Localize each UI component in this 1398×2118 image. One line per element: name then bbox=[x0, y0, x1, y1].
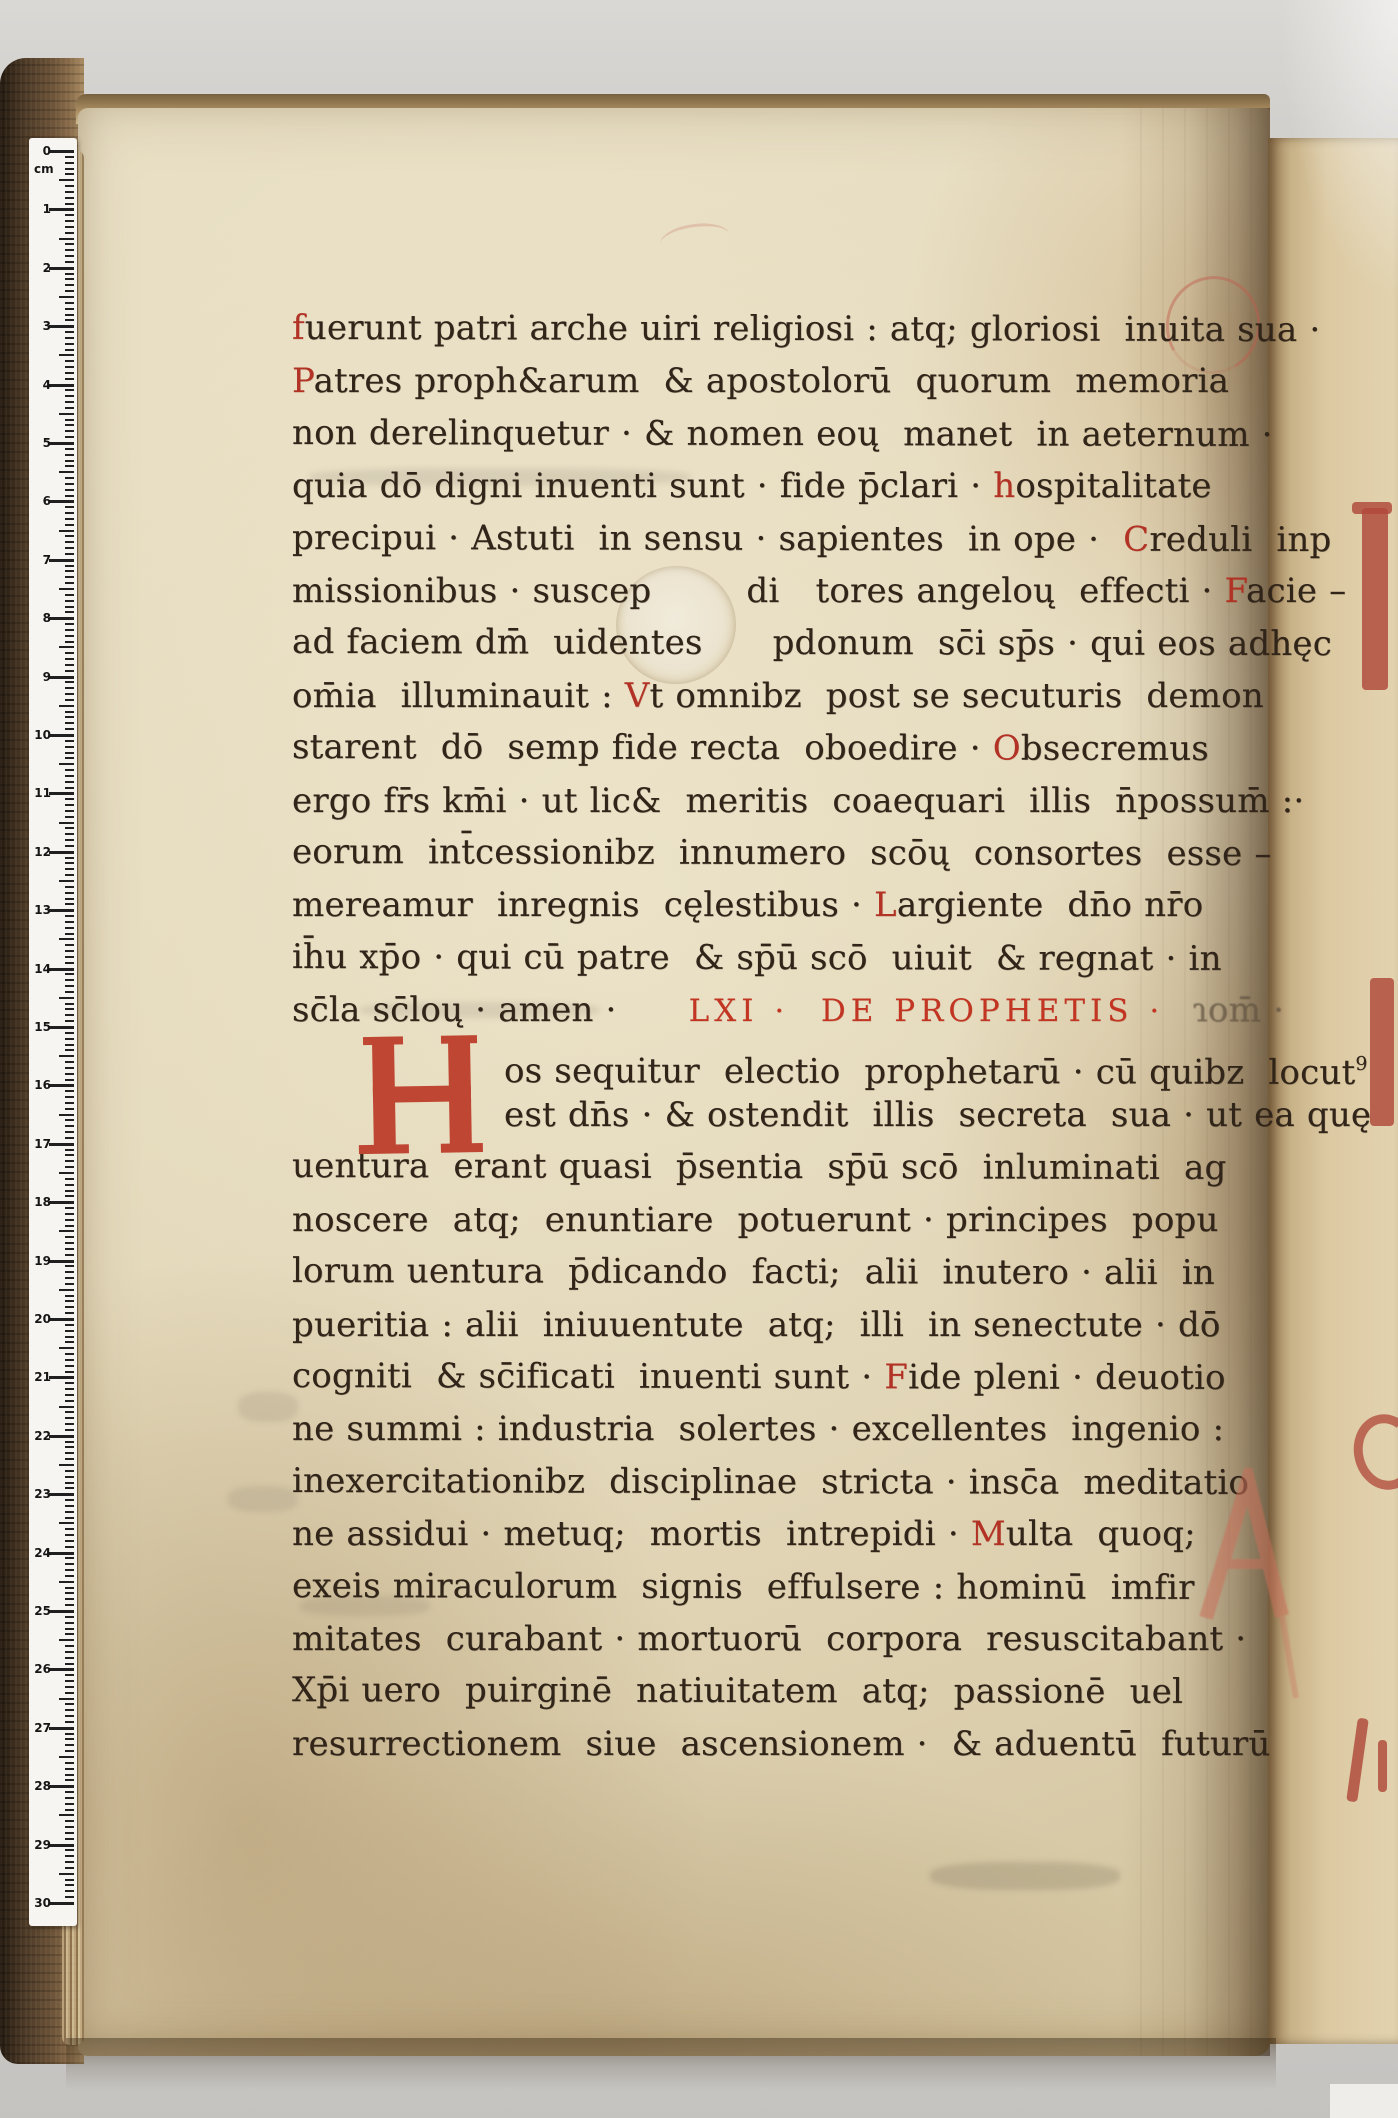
ruler-tick bbox=[65, 407, 74, 409]
ruler-tick bbox=[65, 518, 74, 520]
ruler-tick bbox=[65, 1505, 74, 1507]
text-line: uentura erant quasi p̄sentia sp̄ū scō in… bbox=[292, 1143, 1227, 1191]
ruler-number: 13 bbox=[31, 903, 51, 917]
ruler-tick bbox=[65, 541, 74, 543]
ruler-tick bbox=[49, 734, 74, 737]
text-line: ad faciem dm̄ uidentespdonum sc̄i sp̄s ·… bbox=[292, 619, 1332, 667]
ruler-tick bbox=[65, 658, 74, 660]
ruler-tick bbox=[65, 1137, 74, 1139]
ruler-tick bbox=[65, 495, 74, 497]
ruler-tick bbox=[49, 1493, 74, 1496]
ruler-tick bbox=[65, 1213, 74, 1215]
ruler-tick bbox=[65, 489, 74, 491]
ruler-tick bbox=[65, 1517, 74, 1519]
ruler-tick bbox=[65, 1733, 74, 1735]
ruler-number: 17 bbox=[31, 1137, 51, 1151]
ruler-tick bbox=[65, 1411, 74, 1413]
ruler-number: 0 bbox=[31, 144, 51, 158]
ruler-tick bbox=[65, 1534, 74, 1536]
ruler-tick bbox=[65, 436, 74, 438]
ruler-tick bbox=[49, 1610, 74, 1613]
text-segment: ne summi : industria solertes · excellen… bbox=[292, 1409, 1224, 1449]
backdrop-white-patch bbox=[1330, 2084, 1398, 2118]
ruler-tick bbox=[65, 1598, 74, 1600]
ruler-tick bbox=[65, 1090, 74, 1092]
ruler-tick bbox=[65, 424, 74, 426]
ruler-tick bbox=[65, 477, 74, 479]
ruler-tick bbox=[65, 1382, 74, 1384]
ruler-tick bbox=[59, 1055, 74, 1057]
ruler-tick bbox=[65, 711, 74, 713]
ruler-tick bbox=[65, 1511, 74, 1513]
ruler-tick bbox=[65, 1300, 74, 1302]
ruler-tick bbox=[65, 1166, 74, 1168]
ruler-tick bbox=[65, 203, 74, 205]
text-line: ne summi : industria solertes · excellen… bbox=[292, 1406, 1224, 1452]
ruler-tick bbox=[65, 1248, 74, 1250]
ruler-tick bbox=[65, 1779, 74, 1781]
ruler-tick bbox=[59, 1639, 74, 1641]
ruler-tick bbox=[65, 1190, 74, 1192]
ruler-tick bbox=[65, 1890, 74, 1892]
ruler-tick bbox=[65, 903, 74, 905]
ruler-tick bbox=[59, 1172, 74, 1174]
ruler-tick bbox=[65, 921, 74, 923]
ruler-tick bbox=[65, 927, 74, 929]
ruler-tick bbox=[65, 1049, 74, 1051]
rubricated-letter: V bbox=[625, 676, 650, 716]
ruler-tick bbox=[65, 1476, 74, 1478]
ruler-tick bbox=[49, 559, 74, 562]
ruler-number: 19 bbox=[31, 1254, 51, 1268]
ruler-tick bbox=[65, 448, 74, 450]
ruler-tick bbox=[65, 553, 74, 555]
ruler-tick bbox=[65, 1008, 74, 1010]
facing-red-initial-fragment bbox=[1362, 508, 1388, 690]
ruler-tick bbox=[65, 1604, 74, 1606]
rubricated-letter: M bbox=[971, 1514, 1006, 1554]
ruler-tick bbox=[65, 1458, 74, 1460]
text-line: Patres proph&arum & apostolorū quorum me… bbox=[292, 358, 1229, 404]
ruler-tick bbox=[65, 629, 74, 631]
ruler-tick bbox=[65, 1884, 74, 1886]
ruler-tick bbox=[65, 349, 74, 351]
ruler-tick bbox=[65, 1657, 74, 1659]
ruler-tick bbox=[65, 1709, 74, 1711]
ruler-tick bbox=[65, 1195, 74, 1197]
ruler-tick bbox=[65, 395, 74, 397]
ruler-tick bbox=[65, 1855, 74, 1857]
ruler-tick bbox=[65, 787, 74, 789]
ruler-tick bbox=[59, 1347, 74, 1349]
ruler-tick bbox=[65, 1499, 74, 1501]
ruler-tick bbox=[65, 1154, 74, 1156]
ruler-tick bbox=[65, 1125, 74, 1127]
ruler-tick bbox=[65, 606, 74, 608]
ruler-tick bbox=[65, 319, 74, 321]
text-segment: om̄ia illuminauit : bbox=[292, 676, 625, 716]
ruler-number: 12 bbox=[31, 845, 51, 859]
facing-red-initial-fragment bbox=[1352, 502, 1392, 514]
text-line: sc̄la sc̄loų · amen · LXI · DE PROPHETIS… bbox=[292, 987, 1284, 1034]
text-segment: uentura erant quasi p̄sentia sp̄ū scō in… bbox=[292, 1146, 1227, 1188]
ruler-tick bbox=[65, 1826, 74, 1828]
ruler-tick bbox=[49, 442, 74, 445]
ruler-tick bbox=[65, 1809, 74, 1811]
ruler-tick bbox=[65, 570, 74, 572]
ruler-tick bbox=[49, 1026, 74, 1029]
ruler-tick bbox=[65, 512, 74, 514]
ruler-tick bbox=[65, 1265, 74, 1267]
ruler-tick bbox=[65, 1131, 74, 1133]
text-line: lorum uentura p̄dicando facti; alii inut… bbox=[292, 1248, 1215, 1296]
ruler-tick bbox=[65, 1365, 74, 1367]
ruler-tick bbox=[65, 1067, 74, 1069]
ruler-tick bbox=[65, 284, 74, 286]
ruler-tick bbox=[65, 302, 74, 304]
text-segment: reduli inp bbox=[1149, 519, 1331, 559]
ghost-text: ɿom̄ · bbox=[1180, 990, 1284, 1030]
ruler-tick bbox=[65, 1762, 74, 1764]
ruler-tick bbox=[49, 1844, 74, 1847]
ruler-tick bbox=[65, 1616, 74, 1618]
ruler-tick bbox=[65, 1061, 74, 1063]
ruler-tick bbox=[65, 214, 74, 216]
ruler-tick bbox=[65, 1306, 74, 1308]
bleedthrough-ghost bbox=[228, 1486, 298, 1512]
ruler-tick bbox=[65, 1674, 74, 1676]
ruler-tick bbox=[65, 635, 74, 637]
text-segment: bsecremus bbox=[1021, 729, 1209, 769]
rubric-heading: · bbox=[1134, 993, 1181, 1029]
text-segment: mereamur inregnis cęlestibus · bbox=[292, 885, 874, 925]
ruler-tick bbox=[65, 232, 74, 234]
ruler-tick bbox=[65, 1487, 74, 1489]
ruler-tick bbox=[49, 1902, 74, 1905]
text-line: om̄ia illuminauit : Vt omnibz post se se… bbox=[292, 673, 1264, 719]
text-line: eorum int̄cessionibz innumero scōų conso… bbox=[292, 829, 1272, 877]
ruler-tick bbox=[65, 600, 74, 602]
ruler-tick bbox=[65, 1482, 74, 1484]
ruler-tick bbox=[49, 1318, 74, 1321]
ruler-tick bbox=[65, 1686, 74, 1688]
text-segment: est dn̄s · & ostendit illis secreta sua … bbox=[504, 1095, 1371, 1135]
rubricated-letter: F bbox=[1225, 571, 1246, 611]
text-line: starent dō semp fide recta oboedire · Ob… bbox=[292, 724, 1209, 772]
ruler-number: 7 bbox=[31, 553, 51, 567]
ruler-tick bbox=[59, 588, 74, 590]
ruler-tick bbox=[49, 968, 74, 971]
text-segment: pdonum sc̄i sp̄s · qui eos adhęc bbox=[773, 623, 1332, 664]
ruler-number: 8 bbox=[31, 611, 51, 625]
ruler-tick bbox=[65, 898, 74, 900]
rubricated-letter: F bbox=[884, 1357, 908, 1397]
ruler-tick bbox=[49, 208, 74, 211]
text-segment: non derelinquetur · & nomen eoų manet in… bbox=[292, 413, 1273, 455]
ruler-number: 10 bbox=[31, 728, 51, 742]
ruler-tick bbox=[65, 1861, 74, 1863]
ruler-tick bbox=[65, 757, 74, 759]
ruler-tick bbox=[59, 1698, 74, 1700]
ruler-tick bbox=[65, 752, 74, 754]
ruler-tick bbox=[65, 652, 74, 654]
text-segment: starent dō semp fide recta oboedire · bbox=[292, 727, 993, 768]
ruler-tick bbox=[65, 255, 74, 257]
ruler-tick bbox=[65, 594, 74, 596]
ruler-tick bbox=[49, 1668, 74, 1671]
ruler-tick bbox=[65, 1622, 74, 1624]
ruler-tick bbox=[65, 1867, 74, 1869]
text-line: fuerunt patri arche uiri religiosi : atq… bbox=[292, 305, 1321, 353]
ruler-tick bbox=[65, 833, 74, 835]
ruler-tick bbox=[65, 1178, 74, 1180]
ruler-tick bbox=[65, 1038, 74, 1040]
ruler-tick bbox=[65, 985, 74, 987]
text-segment: ide pleni · deuotio bbox=[908, 1357, 1226, 1398]
ruler-tick bbox=[65, 1738, 74, 1740]
ruler-tick bbox=[59, 179, 74, 181]
ruler-tick bbox=[65, 1160, 74, 1162]
text-segment: sc̄la sc̄loų · amen · bbox=[292, 990, 629, 1030]
ruler-tick bbox=[65, 1102, 74, 1104]
ruler-number: 15 bbox=[31, 1020, 51, 1034]
ruler-tick bbox=[59, 822, 74, 824]
ruler-tick bbox=[65, 366, 74, 368]
ruler-number: 21 bbox=[31, 1370, 51, 1384]
ruler-tick bbox=[49, 676, 74, 679]
ruler-tick bbox=[65, 781, 74, 783]
ruler-tick bbox=[65, 1441, 74, 1443]
ruler-tick bbox=[65, 1032, 74, 1034]
ruler-tick bbox=[65, 226, 74, 228]
ruler-tick bbox=[65, 168, 74, 170]
ruler-tick bbox=[65, 664, 74, 666]
ruler-tick bbox=[65, 314, 74, 316]
rubric-heading: LXI · DE PROPHETIS bbox=[689, 993, 1134, 1029]
ruler-tick bbox=[65, 1540, 74, 1542]
ruler-tick bbox=[49, 1435, 74, 1438]
ruler-tick bbox=[49, 1260, 74, 1263]
ruler-tick bbox=[65, 1236, 74, 1238]
ruler-tick bbox=[65, 979, 74, 981]
ruler-tick bbox=[59, 1522, 74, 1524]
ruler-tick bbox=[59, 938, 74, 940]
ruler-tick bbox=[65, 1791, 74, 1793]
ruler-tick bbox=[65, 483, 74, 485]
ruler-tick bbox=[65, 1832, 74, 1834]
text-segment: cogniti & sc̄ificati inuenti sunt · bbox=[292, 1356, 884, 1397]
ruler-tick bbox=[65, 524, 74, 526]
text-line: os sequitur electio prophetarū · cū quib… bbox=[504, 1039, 1368, 1096]
ruler-tick bbox=[65, 1470, 74, 1472]
ruler-number: 18 bbox=[31, 1195, 51, 1209]
ruler-tick bbox=[65, 933, 74, 935]
ruler-tick bbox=[65, 687, 74, 689]
ruler-tick bbox=[49, 150, 74, 153]
ruler-tick bbox=[59, 238, 74, 240]
text-line: mitates curabant · mortuorū corpora resu… bbox=[292, 1616, 1246, 1662]
text-segment: ospitalitate bbox=[1015, 466, 1211, 506]
ruler-tick bbox=[65, 716, 74, 718]
ruler-tick bbox=[65, 1225, 74, 1227]
ruler-tick bbox=[65, 1663, 74, 1665]
ruler-tick bbox=[65, 1359, 74, 1361]
ruler-number: 29 bbox=[31, 1838, 51, 1852]
ruler-number: 2 bbox=[31, 261, 51, 275]
ruler-tick bbox=[59, 1873, 74, 1875]
ruler-tick bbox=[65, 699, 74, 701]
ruler-tick bbox=[65, 1721, 74, 1723]
ruler-number: 16 bbox=[31, 1078, 51, 1092]
ruler-tick bbox=[65, 1014, 74, 1016]
ruler-tick bbox=[65, 1207, 74, 1209]
ruler-tick bbox=[65, 1096, 74, 1098]
text-segment: 9 bbox=[1355, 1052, 1367, 1074]
ruler-tick bbox=[65, 1774, 74, 1776]
facing-red-initial-fragment bbox=[1378, 1740, 1387, 1792]
ruler-tick bbox=[65, 1073, 74, 1075]
ruler-number: 9 bbox=[31, 670, 51, 684]
ruler-tick bbox=[65, 746, 74, 748]
ruler-tick bbox=[65, 308, 74, 310]
text-line: exeis miraculorum signis effulsere : hom… bbox=[292, 1563, 1195, 1611]
ruler-tick bbox=[65, 185, 74, 187]
ruler-tick bbox=[65, 827, 74, 829]
ruler-number: 22 bbox=[31, 1429, 51, 1443]
ruler-tick bbox=[49, 1143, 74, 1146]
ink-smudge bbox=[930, 1862, 1120, 1890]
ruler-tick bbox=[65, 565, 74, 567]
text-segment: ih̄u xp̄o · qui cū patre & sp̄ū scō uiui… bbox=[292, 937, 1222, 979]
ruler-tick bbox=[65, 1557, 74, 1559]
ruler-tick bbox=[65, 868, 74, 870]
ruler-tick bbox=[59, 471, 74, 473]
text-line: precipui · Astuti in sensu · sapientes i… bbox=[292, 515, 1332, 563]
ruler-tick bbox=[59, 1581, 74, 1583]
ruler-tick bbox=[65, 769, 74, 771]
ruler-tick bbox=[65, 460, 74, 462]
ruler-tick bbox=[65, 810, 74, 812]
ruler-tick bbox=[65, 1628, 74, 1630]
text-line: ih̄u xp̄o · qui cū patre & sp̄ū scō uiui… bbox=[292, 934, 1222, 982]
ruler-tick bbox=[49, 909, 74, 912]
ruler-tick bbox=[65, 1651, 74, 1653]
ruler-tick bbox=[65, 611, 74, 613]
text-segment: atres proph&arum & apostolorū quorum mem… bbox=[314, 361, 1230, 401]
rubricated-letter: f bbox=[292, 308, 305, 348]
ruler-tick bbox=[65, 1423, 74, 1425]
ruler-number: 26 bbox=[31, 1662, 51, 1676]
ruler-tick bbox=[65, 1575, 74, 1577]
text-line: ergo fr̄s km̄i · ut lic& meritis coaequa… bbox=[292, 778, 1304, 824]
ruler-tick bbox=[65, 1768, 74, 1770]
ruler-tick bbox=[65, 535, 74, 537]
ruler-number: 20 bbox=[31, 1312, 51, 1326]
ruler-tick bbox=[65, 273, 74, 275]
ruler-tick bbox=[65, 261, 74, 263]
ruler-number: 24 bbox=[31, 1546, 51, 1560]
ruler-tick bbox=[65, 1592, 74, 1594]
text-line: quia dō digni inuenti sunt · fide p̄clar… bbox=[292, 463, 1212, 509]
ruler-tick bbox=[65, 1242, 74, 1244]
ruler-tick bbox=[65, 1341, 74, 1343]
text-line: resurrectionem siue ascensionem · & adue… bbox=[292, 1721, 1270, 1767]
text-line: non derelinquetur · & nomen eoų manet in… bbox=[292, 410, 1273, 458]
ruler-tick bbox=[65, 419, 74, 421]
ruler-tick bbox=[65, 191, 74, 193]
ruler-tick bbox=[65, 1324, 74, 1326]
ruler-number: 1 bbox=[31, 202, 51, 216]
ruler-tick bbox=[65, 1149, 74, 1151]
ruler-tick bbox=[65, 1044, 74, 1046]
ruler-tick bbox=[49, 1201, 74, 1204]
text-line: cogniti & sc̄ificati inuenti sunt · Fide… bbox=[292, 1353, 1226, 1401]
ruler-tick bbox=[65, 1703, 74, 1705]
text-segment: noscere atq; enuntiare potuerunt · princ… bbox=[292, 1200, 1219, 1240]
ruler-number: 27 bbox=[31, 1721, 51, 1735]
ruler-tick bbox=[59, 1756, 74, 1758]
ruler-tick bbox=[59, 413, 74, 415]
text-segment: resurrectionem siue ascensionem · & adue… bbox=[292, 1724, 1270, 1764]
ruler-tick bbox=[65, 1645, 74, 1647]
ruler-tick bbox=[65, 1569, 74, 1571]
ruler-tick bbox=[49, 1084, 74, 1087]
ruler-tick bbox=[65, 892, 74, 894]
ruler-tick bbox=[65, 1271, 74, 1273]
text-segment: eorum int̄cessionibz innumero scōų conso… bbox=[292, 832, 1272, 874]
ruler-tick bbox=[65, 1692, 74, 1694]
text-segment: os sequitur electio prophetarū · cū quib… bbox=[504, 1051, 1355, 1093]
text-segment: mitates curabant · mortuorū corpora resu… bbox=[292, 1619, 1246, 1659]
ruler-number: 3 bbox=[31, 319, 51, 333]
ruler-tick bbox=[65, 1838, 74, 1840]
ruler-tick bbox=[65, 1312, 74, 1314]
ruler-tick bbox=[49, 1785, 74, 1788]
text-segment: pueritia : alii iniuuentute atq; illi in… bbox=[292, 1305, 1221, 1345]
ruler-unit-label: cm bbox=[34, 162, 54, 176]
text-line: Xp̄i uero puirginē natiuitatem atq; pass… bbox=[292, 1667, 1183, 1715]
ruler-tick bbox=[65, 582, 74, 584]
ruler-number: 6 bbox=[31, 494, 51, 508]
ruler-tick bbox=[65, 956, 74, 958]
text-segment: missionibus · suscep bbox=[292, 571, 651, 611]
ruler-tick bbox=[65, 1336, 74, 1338]
ruler-tick bbox=[65, 1394, 74, 1396]
ruler-tick bbox=[59, 880, 74, 882]
ruler-tick bbox=[65, 197, 74, 199]
ruler-number: 11 bbox=[31, 786, 51, 800]
text-segment: exeis miraculorum signis effulsere : hom… bbox=[292, 1566, 1195, 1608]
ruler-number: 5 bbox=[31, 436, 51, 450]
text-segment: ad faciem dm̄ uidentes bbox=[292, 622, 703, 663]
ruler-tick bbox=[65, 278, 74, 280]
ruler-tick bbox=[49, 267, 74, 270]
ruler-tick bbox=[65, 1184, 74, 1186]
ruler-tick bbox=[59, 296, 74, 298]
ruler-tick bbox=[65, 845, 74, 847]
ruler-tick bbox=[65, 1295, 74, 1297]
ruler-tick bbox=[49, 384, 74, 387]
ruler-tick bbox=[65, 950, 74, 952]
ruler-tick bbox=[65, 1750, 74, 1752]
ruler-tick bbox=[65, 243, 74, 245]
red-offset-initial-A bbox=[1192, 1468, 1302, 1708]
ruler-tick bbox=[65, 962, 74, 964]
rubricated-letter: P bbox=[292, 361, 314, 401]
ruler-number: 14 bbox=[31, 962, 51, 976]
ruler-tick bbox=[65, 1587, 74, 1589]
text-line: noscere atq; enuntiare potuerunt · princ… bbox=[292, 1197, 1219, 1243]
